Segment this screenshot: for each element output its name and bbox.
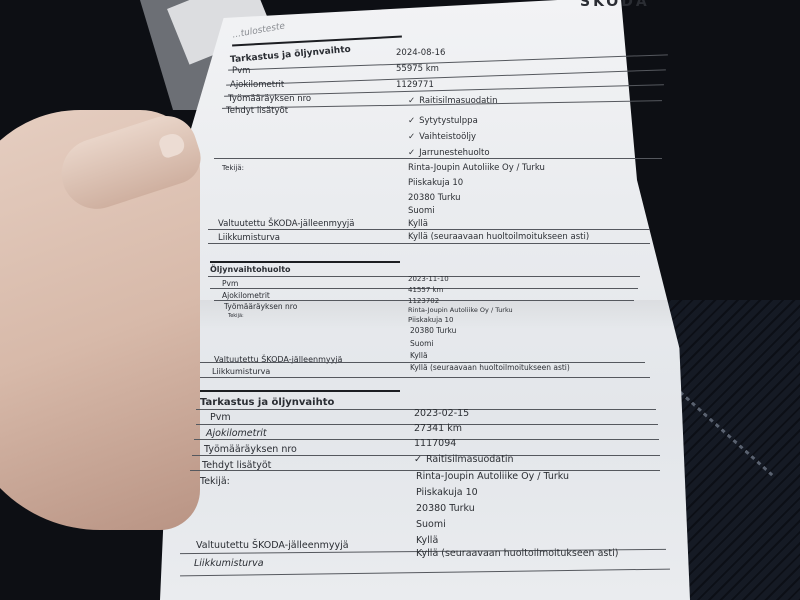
performer-line: Rinta-Joupin Autoliike Oy / Turku [408,163,545,173]
check-icon: ✓ [408,96,415,106]
performer-line: Suomi [416,519,446,530]
label-performer: Tekijä: [228,313,244,319]
row-divider [226,69,666,85]
section-rule [200,390,400,392]
label-performer: Tekijä: [200,476,230,487]
performer-line: Suomi [408,206,435,216]
label-mobility: Liikkumisturva [194,558,264,569]
performer-line: Suomi [410,339,434,348]
value-odometer: 55975 km [396,64,439,74]
value-odometer: 27341 km [414,423,462,434]
service-entry-2024: Tarkastus ja öljynvaihto Pvm 2024-08-16 … [0,0,800,260]
performer-line: Piiskakuja 10 [416,487,478,498]
performer-line: Piiskakuja 10 [408,178,463,188]
label-authorized-dealer: Valtuutettu ŠKODA-jälleenmyyjä [196,540,349,551]
label-extra-work: Tehdyt lisätyöt [226,106,288,116]
performer-line: Piiskakuja 10 [408,316,453,324]
label-date: Pvm [222,279,238,288]
label-work-order: Työmääräyksen nro [224,302,297,311]
performer-line: 20380 Turku [410,326,456,335]
check-icon: ✓ [408,148,415,158]
value-date: 2024-08-16 [396,48,445,58]
row-divider [208,229,650,230]
label-odometer: Ajokilometrit [230,80,284,90]
label-odometer: Ajokilometrit [206,428,267,439]
performer-line: Rinta-Joupin Autoliike Oy / Turku [416,471,569,482]
section-rule [210,261,400,263]
row-divider [214,158,662,159]
label-odometer: Ajokilometrit [222,291,270,300]
performer-line: 20380 Turku [416,503,475,514]
value-work-order: 1117094 [414,438,456,449]
service-title: Öljynvaihtohuolto [210,265,291,274]
row-divider [208,243,650,244]
label-mobility: Liikkumisturva [212,367,270,376]
performer-line: 20380 Turku [408,193,461,203]
section-rule [232,36,402,47]
label-work-order: Työmääräyksen nro [228,94,311,104]
check-icon: ✓ [408,116,415,126]
service-title: Tarkastus ja öljynvaihto [200,397,334,408]
value-mobility: Kyllä (seuraavaan huoltoilmoitukseen ast… [410,363,570,372]
value-work-order: 1123702 [408,297,439,305]
check-icon: ✓ [408,132,415,142]
label-date: Pvm [232,66,250,76]
value-mobility: Kyllä (seuraavaan huoltoilmoitukseen ast… [416,548,618,559]
value-date: 2023-11-10 [408,275,449,283]
extra-work-item: ✓Raitisilmasuodatin [408,96,497,106]
row-divider [200,377,650,378]
service-title: Tarkastus ja öljynvaihto [230,45,351,66]
check-icon: ✓ [414,454,422,465]
extra-work-item: ✓Jarrunestehuolto [408,148,490,158]
extra-work-item: ✓Vaihteistoöljy [408,132,476,142]
value-odometer: 41557 km [408,286,443,294]
label-mobility: Liikkumisturva [218,233,280,243]
value-work-order: 1129771 [396,80,434,90]
value-authorized-dealer: Kyllä [408,219,428,229]
label-work-order: Työmääräyksen nro [204,444,297,455]
extra-work-item: ✓Sytytystulppa [408,116,478,126]
label-date: Pvm [210,412,231,423]
value-authorized-dealer: Kyllä [410,351,428,360]
extra-work-item: ✓Raitisilmasuodatin [414,454,514,465]
value-date: 2023-02-15 [414,408,469,419]
label-performer: Tekijä: [222,164,244,172]
label-authorized-dealer: Valtuutettu ŠKODA-jälleenmyyjä [218,219,355,229]
value-mobility: Kyllä (seuraavaan huoltoilmoitukseen ast… [408,232,589,242]
performer-line: Rinta-Joupin Autoliike Oy / Turku [408,306,513,314]
value-authorized-dealer: Kyllä [416,535,438,546]
